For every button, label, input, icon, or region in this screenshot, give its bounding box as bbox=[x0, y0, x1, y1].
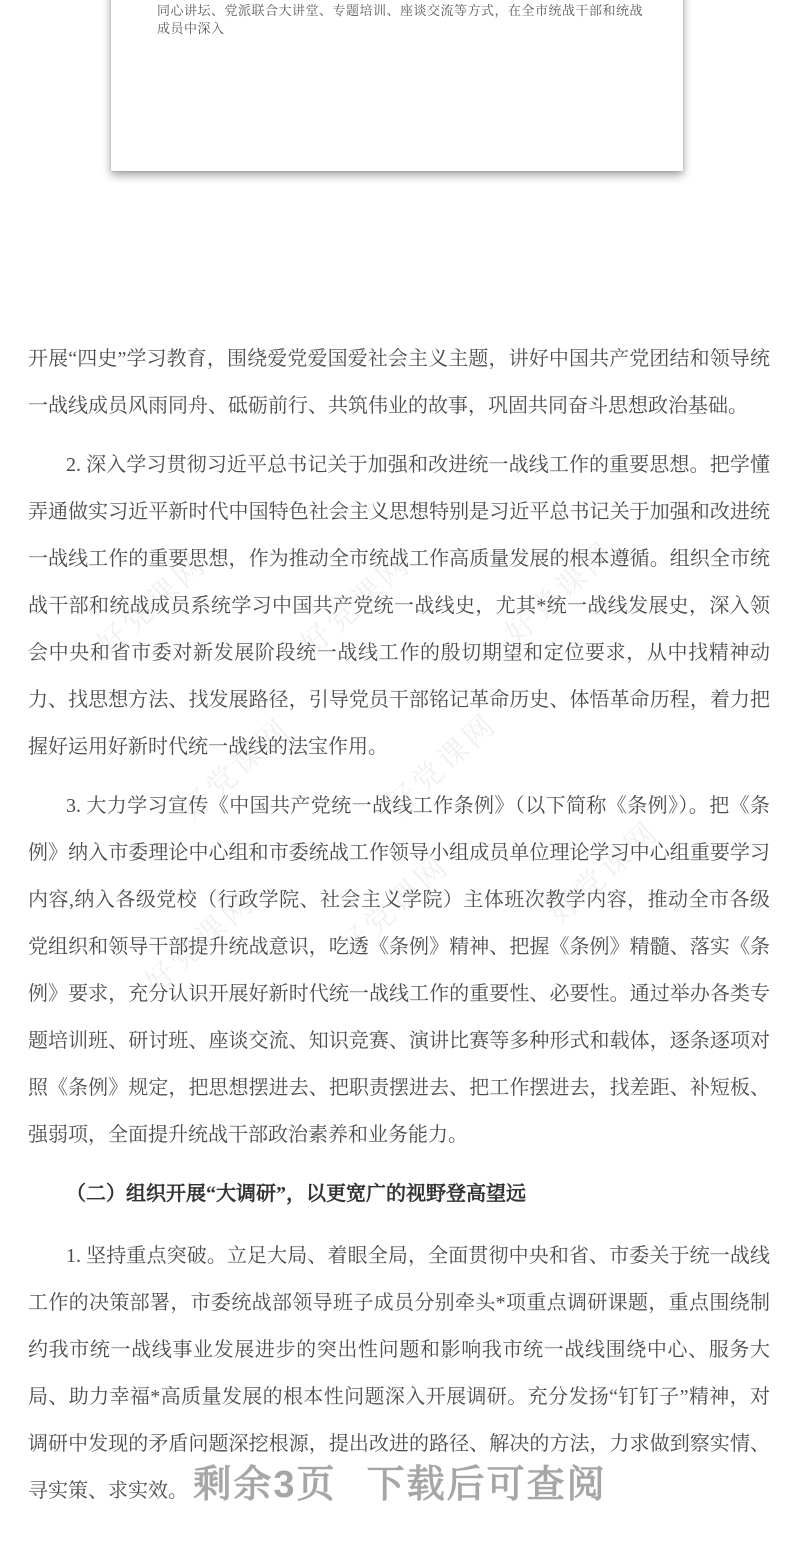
previous-page-tail-text: 同心讲坛、党派联合大讲堂、专题培训、座谈交流等方式，在全市统战干部和统战成员中深… bbox=[111, 0, 683, 38]
document-paragraph: 3. 大力学习宣传《中国共产党统一战线工作条例》（以下简称《条例》）。把《条例》… bbox=[28, 783, 770, 1159]
remaining-pages-count: 剩余3页 bbox=[193, 1464, 336, 1506]
document-preview-page: { "previous_page": { "tail_line": "同心讲坛、… bbox=[0, 0, 800, 1558]
document-paragraph: 2. 深入学习贯彻习近平总书记关于加强和改进统一战线工作的重要思想。把学懂弄通做… bbox=[28, 442, 770, 771]
section-heading: （二）组织开展“大调研”，以更宽广的视野登高望远 bbox=[28, 1171, 770, 1218]
previous-page-card: 同心讲坛、党派联合大讲堂、专题培训、座谈交流等方式，在全市统战干部和统战成员中深… bbox=[111, 0, 683, 171]
download-hint-text: 下载后可查阅 bbox=[367, 1464, 607, 1506]
document-paragraph: 开展“四史”学习教育，围绕爱党爱国爱社会主义主题，讲好中国共产党团结和领导统一战… bbox=[28, 336, 770, 430]
remaining-pages-banner: 剩余3页下载后可查阅 bbox=[0, 1453, 800, 1508]
document-body: 开展“四史”学习教育，围绕爱党爱国爱社会主义主题，讲好中国共产党团结和领导统一战… bbox=[28, 336, 770, 1527]
